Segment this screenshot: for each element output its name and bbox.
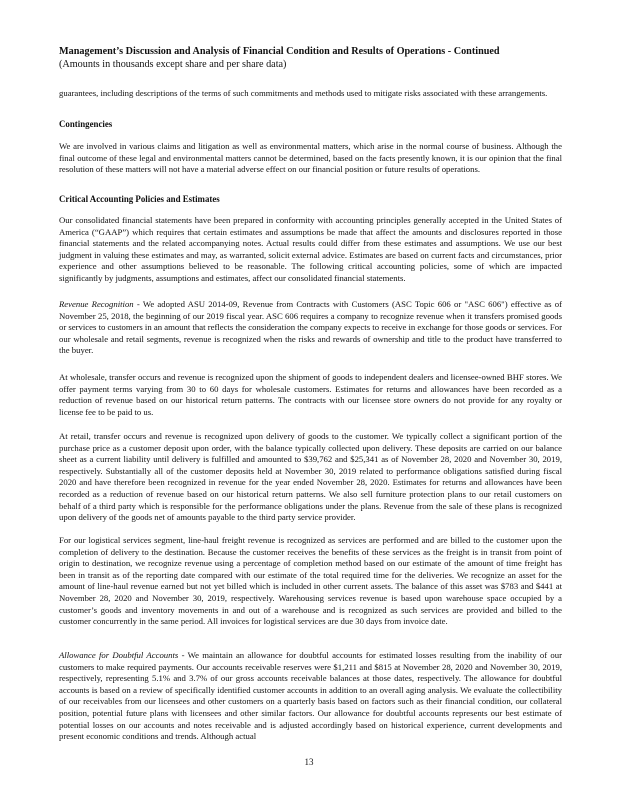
wholesale-paragraph: At wholesale, transfer occurs and revenu… [59, 372, 562, 418]
logistics-paragraph: For our logistical services segment, lin… [59, 535, 562, 628]
contingencies-paragraph: We are involved in various claims and li… [59, 141, 562, 176]
page-subtitle: (Amounts in thousands except share and p… [59, 59, 286, 71]
allowance-label: Allowance for Doubtful Accounts [59, 650, 178, 660]
contingencies-heading: Contingencies [59, 119, 112, 130]
allowance-paragraph: Allowance for Doubtful Accounts - We mai… [59, 650, 562, 743]
allowance-body: - We maintain an allowance for doubtful … [59, 650, 562, 741]
page-number: 13 [0, 757, 618, 768]
critical-accounting-heading: Critical Accounting Policies and Estimat… [59, 194, 220, 205]
intro-continued-paragraph: guarantees, including descriptions of th… [59, 88, 562, 100]
retail-paragraph: At retail, transfer occurs and revenue i… [59, 431, 562, 524]
page-title: Management’s Discussion and Analysis of … [59, 46, 500, 58]
revenue-recognition-body: - We adopted ASU 2014-09, Revenue from C… [59, 299, 562, 355]
revenue-recognition-paragraph: Revenue Recognition - We adopted ASU 201… [59, 299, 562, 357]
critical-accounting-paragraph: Our consolidated financial statements ha… [59, 215, 562, 285]
revenue-recognition-label: Revenue Recognition [59, 299, 134, 309]
